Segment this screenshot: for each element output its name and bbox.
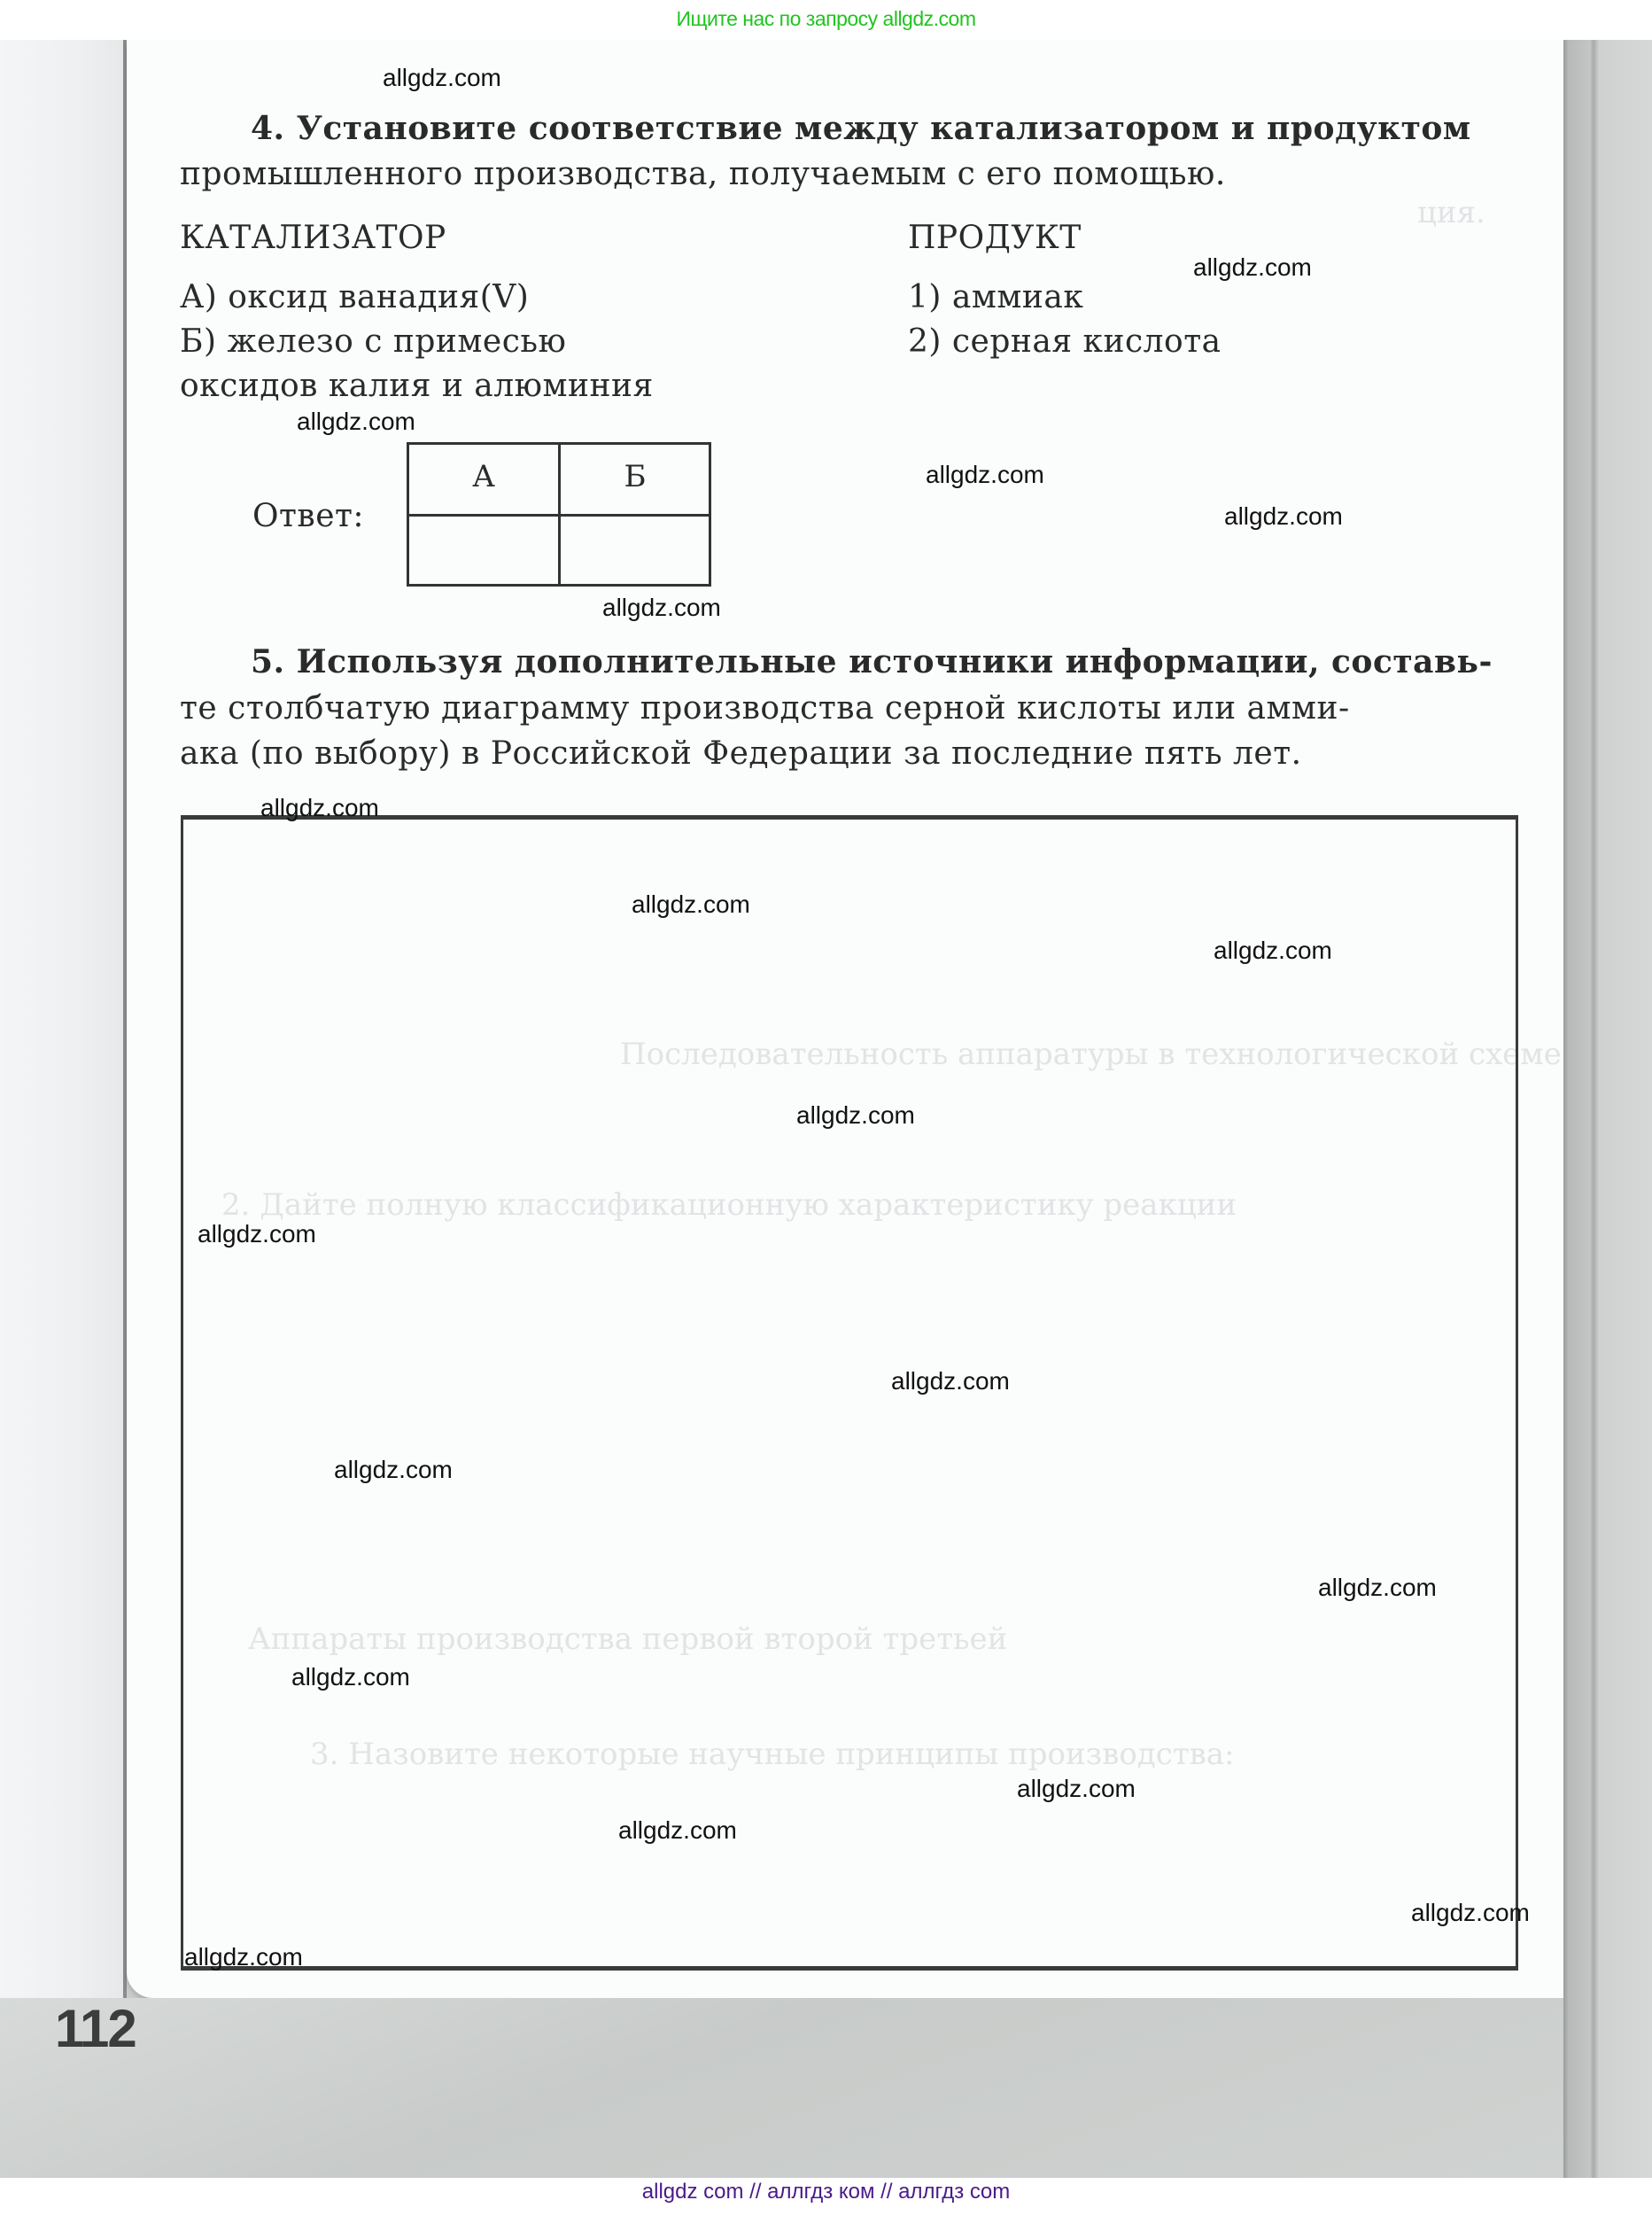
answer-table: А Б <box>407 442 711 587</box>
watermark: allgdz.com <box>297 408 415 436</box>
watermark: allgdz.com <box>1411 1899 1530 1927</box>
watermark: allgdz.com <box>198 1220 316 1248</box>
catalyst-option-b-cont: оксидов калия и алюминия <box>180 368 654 404</box>
watermark: allgdz.com <box>291 1663 410 1691</box>
watermark: allgdz.com <box>184 1943 303 1971</box>
page-bottom-margin <box>0 1998 1563 2178</box>
task4-text-line1: 4. Установите соответствие между катализ… <box>251 110 1471 147</box>
bleed-through-text: ция. <box>1417 195 1485 230</box>
answer-cell-b[interactable] <box>561 517 710 584</box>
task5-text-line3: ака (по выбору) в Российской Федерации з… <box>180 735 1302 772</box>
watermark: allgdz.com <box>334 1456 453 1484</box>
catalyst-column-header: КАТАЛИЗАТОР <box>180 220 446 256</box>
book-spine-edge <box>1563 40 1652 2178</box>
watermark: allgdz.com <box>796 1101 915 1130</box>
task4-question: 4. Установите соответствие между катализ… <box>251 110 1471 147</box>
watermark: allgdz.com <box>1193 253 1312 282</box>
task5-question: 5. Используя дополнительные источники ин… <box>251 643 1493 680</box>
previous-page-edge <box>0 40 124 2178</box>
top-banner: Ищите нас по запросу allgdz.com <box>0 0 1652 40</box>
watermark: allgdz.com <box>632 890 750 919</box>
watermark: allgdz.com <box>602 594 721 622</box>
chart-drawing-area[interactable] <box>181 815 1518 1971</box>
watermark: allgdz.com <box>926 461 1044 489</box>
watermark: allgdz.com <box>260 794 379 822</box>
page-number: 112 <box>55 1998 136 2059</box>
catalyst-option-a: А) оксид ванадия(V) <box>180 279 529 315</box>
box-border-bottom <box>181 1966 1518 1971</box>
watermark: allgdz.com <box>1224 502 1343 531</box>
watermark: allgdz.com <box>618 1816 737 1845</box>
task5-text-line2: те столбчатую диаграмму производства сер… <box>180 690 1350 727</box>
catalyst-option-b: Б) железо с примесью <box>180 323 566 360</box>
answer-header-b: Б <box>561 459 710 494</box>
footer-banner: allgdz com // аллгдз ком // аллгдз com <box>0 2178 1652 2239</box>
answer-label: Ответ: <box>252 498 364 534</box>
box-border-top <box>181 815 1518 820</box>
footer-text[interactable]: allgdz com // аллгдз ком // аллгдз com <box>0 2180 1652 2204</box>
watermark: allgdz.com <box>1017 1775 1136 1803</box>
answer-cell-a[interactable] <box>409 517 558 584</box>
product-column-header: ПРОДУКТ <box>908 220 1082 256</box>
task5-text-line1: 5. Используя дополнительные источники ин… <box>251 643 1493 680</box>
top-banner-text[interactable]: Ищите нас по запросу allgdz.com <box>0 7 1652 31</box>
watermark: allgdz.com <box>1214 937 1332 965</box>
task4-text-line2: промышленного производства, получаемым с… <box>180 156 1226 192</box>
product-option-2: 2) серная кислота <box>908 323 1222 360</box>
watermark: allgdz.com <box>1318 1574 1437 1602</box>
watermark: allgdz.com <box>383 64 501 92</box>
watermark: allgdz.com <box>891 1367 1010 1395</box>
answer-header-a: А <box>409 459 558 494</box>
product-option-1: 1) аммиак <box>908 279 1083 315</box>
